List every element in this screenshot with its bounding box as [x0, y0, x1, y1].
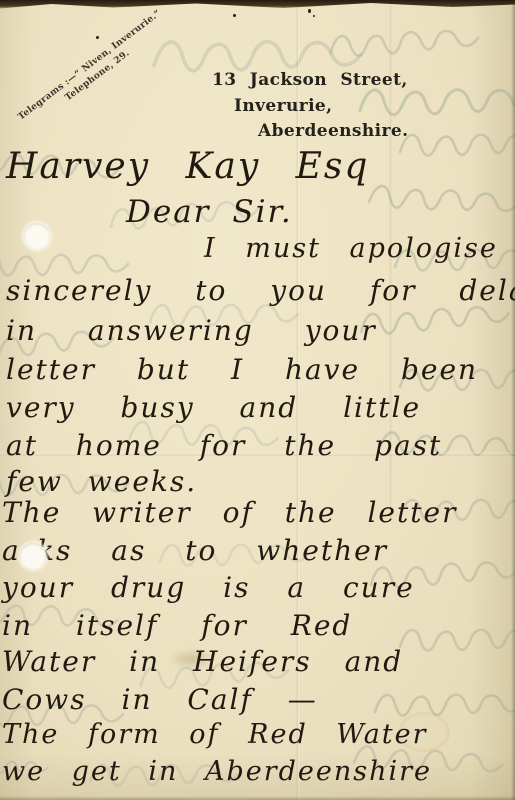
- letterhead-address-line: 13 Jackson Street,: [212, 70, 408, 90]
- letter-scan: Telegrams :—“ Niven, Inverurie.” Telepho…: [0, 0, 515, 800]
- ink-speck: [308, 9, 311, 13]
- letter-line: Cows in Calf —: [2, 683, 318, 716]
- letter-line: The form of Red Water: [2, 719, 428, 750]
- letter-line: few weeks.: [6, 465, 197, 498]
- letter-line: at home for the past: [6, 429, 442, 462]
- letter-line: letter but I have been: [6, 353, 478, 386]
- ink-speck: [233, 14, 236, 17]
- ink-speck: [96, 36, 99, 39]
- scan-right-edge: [511, 0, 515, 800]
- letterhead-address-line: Aberdeenshire.: [258, 121, 408, 141]
- ink-speck: [313, 15, 315, 17]
- recipient-line: Harvey Kay Esq: [6, 146, 369, 187]
- letterhead-address-line: Inverurie,: [234, 96, 332, 116]
- letter-line: I must apologise: [204, 233, 498, 264]
- greeting-line: Dear Sir.: [126, 194, 293, 230]
- letter-line: your drug is a cure: [2, 571, 415, 604]
- letter-line: The writer of the letter: [2, 496, 457, 529]
- letter-line: we get in Aberdeenshire: [2, 756, 432, 787]
- punch-hole: [20, 543, 46, 569]
- letter-line: in itself for Red: [2, 609, 352, 642]
- letter-line: asks as to whether: [2, 534, 388, 567]
- letter-line: very busy and little: [6, 391, 421, 424]
- punch-hole: [24, 223, 50, 249]
- letter-line: sincerely to you for delay: [6, 274, 515, 307]
- letter-line: in answering your: [6, 314, 377, 347]
- letter-line: Water in Heifers and: [2, 645, 403, 678]
- scan-bottom-edge: [0, 796, 515, 800]
